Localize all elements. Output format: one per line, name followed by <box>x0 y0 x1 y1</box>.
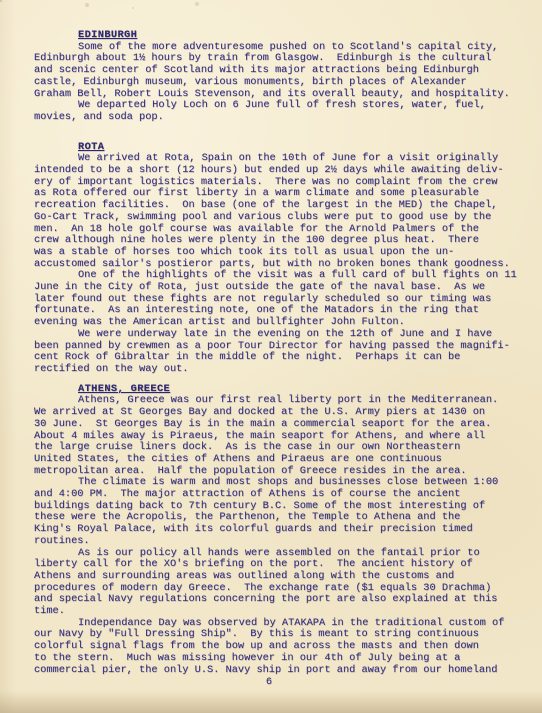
paragraph: Independance Day was observed by ATAKAPA… <box>34 618 526 677</box>
document-page: EDINBURGH Some of the more adventuresome… <box>0 0 542 713</box>
section-rota: ROTA We arrived at Rota, Spain on the 10… <box>34 142 526 376</box>
page-content: EDINBURGH Some of the more adventuresome… <box>34 30 526 689</box>
paragraph: We arrived at Rota, Spain on the 10th of… <box>34 153 526 270</box>
paragraph: We departed Holy Loch on 6 June full of … <box>34 100 526 123</box>
paragraph: As is our policy all hands were assemble… <box>34 548 526 618</box>
paragraph: Some of the more adventuresome pushed on… <box>34 42 526 101</box>
paragraph: One of the highlights of the visit was a… <box>34 270 526 329</box>
paragraph: We were underway late in the evening on … <box>34 329 526 376</box>
section-heading-edinburgh: EDINBURGH <box>78 30 526 42</box>
section-edinburgh: EDINBURGH Some of the more adventuresome… <box>34 30 526 124</box>
page-number: 6 <box>34 677 526 689</box>
section-athens-greece: ATHENS, GREECE Athens, Greece was our fi… <box>34 384 526 677</box>
paragraph: The climate is warm and most shops and b… <box>34 477 526 547</box>
paragraph: Athens, Greece was our first real libert… <box>34 395 526 477</box>
